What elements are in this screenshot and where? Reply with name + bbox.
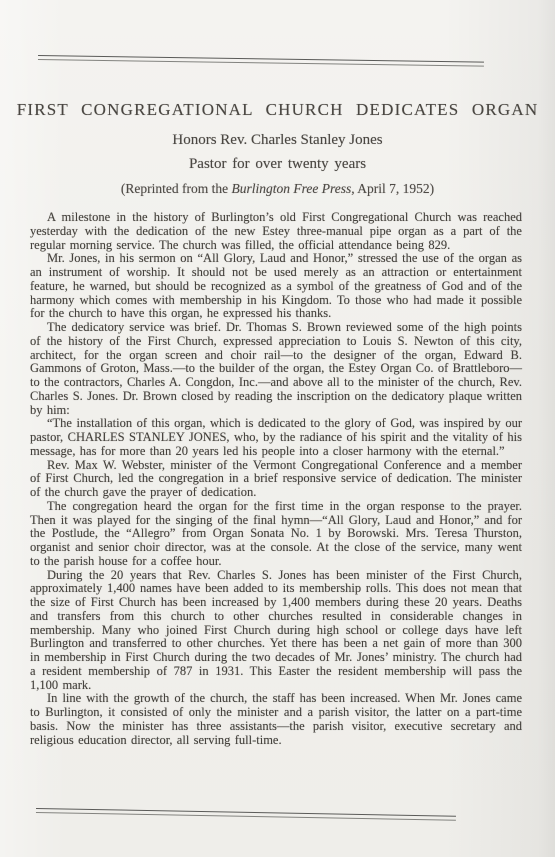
body-paragraph: Rev. Max W. Webster, minister of the Ver… bbox=[30, 459, 522, 500]
reprint-source-italic: Burlington Free Press bbox=[231, 181, 351, 196]
document-page: FIRST CONGREGATIONAL CHURCH DEDICATES OR… bbox=[0, 0, 555, 857]
article-body: A milestone in the history of Burlington… bbox=[30, 211, 522, 747]
body-paragraph: Mr. Jones, in his sermon on “All Glory, … bbox=[30, 252, 522, 321]
body-paragraph: “The installation of this organ, which i… bbox=[30, 417, 522, 458]
subtitle-honoree: Honors Rev. Charles Stanley Jones bbox=[0, 131, 555, 149]
body-paragraph: During the 20 years that Rev. Charles S.… bbox=[30, 569, 522, 693]
reprint-prefix: (Reprinted from the bbox=[121, 181, 232, 196]
body-paragraph: A milestone in the history of Burlington… bbox=[30, 211, 522, 252]
article-header: FIRST CONGREGATIONAL CHURCH DEDICATES OR… bbox=[0, 0, 555, 197]
body-paragraph: The congregation heard the organ for the… bbox=[30, 500, 522, 569]
reprint-attribution: (Reprinted from the Burlington Free Pres… bbox=[0, 181, 555, 197]
reprint-suffix: , April 7, 1952) bbox=[351, 181, 434, 196]
body-paragraph: In line with the growth of the church, t… bbox=[30, 692, 522, 747]
bottom-divider bbox=[36, 808, 456, 821]
subtitle-tenure: Pastor for over twenty years bbox=[0, 155, 555, 173]
article-title: FIRST CONGREGATIONAL CHURCH DEDICATES OR… bbox=[0, 100, 555, 120]
body-paragraph: The dedicatory service was brief. Dr. Th… bbox=[30, 321, 522, 417]
